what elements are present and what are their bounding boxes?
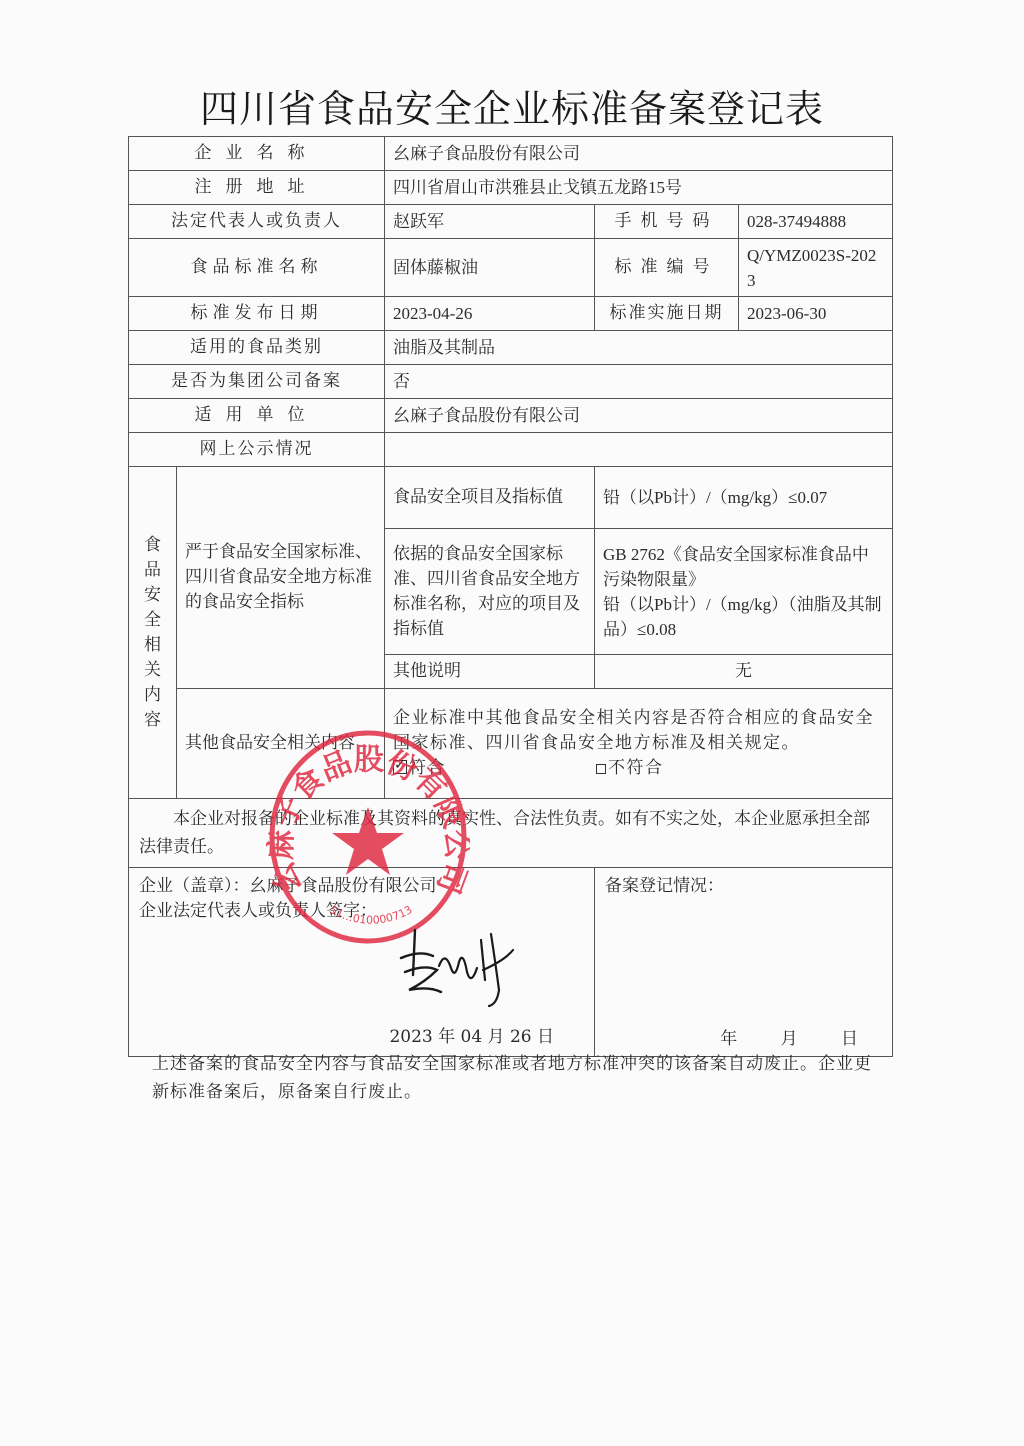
other-content-cell: 企业标准中其他食品安全相关内容是否符合相应的食品安全国家标准、四川省食品安全地方… — [385, 689, 893, 799]
declaration-text: 本企业对报备的企业标准及其资料的真实性、合法性负责。如有不实之处，本企业愿承担全… — [129, 799, 893, 868]
basis-standard-label: 依据的食品安全国家标准、四川省食品安全地方标准名称，对应的项目及指标值 — [385, 529, 595, 655]
option-conform-label: 符合 — [409, 758, 446, 778]
signer-label: 企业法定代表人或负责人签字： — [139, 899, 584, 924]
safety-item-label: 食品安全项目及指标值 — [385, 467, 595, 529]
row-other-content: 其他食品安全相关内容 企业标准中其他食品安全相关内容是否符合相应的食品安全国家标… — [129, 689, 893, 799]
online-disclosure-label: 网上公示情况 — [129, 433, 385, 467]
company-seal-label: 企业（盖章）：幺麻子食品股份有限公司 — [139, 874, 584, 899]
vertical-char: 内 — [129, 683, 176, 708]
standard-name-label: 食品标准名称 — [129, 239, 385, 297]
standard-name-value: 固体藤椒油 — [385, 239, 595, 297]
vertical-char: 关 — [129, 658, 176, 683]
basis-standard-value: GB 2762《食品安全国家标准食品中污染物限量》 铅（以Pb计）/（mg/kg… — [595, 529, 893, 655]
vertical-char: 容 — [129, 708, 176, 733]
publish-date-value: 2023-04-26 — [385, 297, 595, 331]
row-legal-rep: 法定代表人或负责人 赵跃军 手机号码 028-37494888 — [129, 205, 893, 239]
row-standard-name: 食品标准名称 固体藤椒油 标准编号 Q/YMZ0023S-2023 — [129, 239, 893, 297]
safety-item-value: 铅（以Pb计）/（mg/kg）≤0.07 — [595, 467, 893, 529]
declaration-paragraph: 本企业对报备的企业标准及其资料的真实性、合法性负责。如有不实之处，本企业愿承担全… — [139, 805, 882, 861]
row-group-filing: 是否为集团公司备案 否 — [129, 365, 893, 399]
publish-date-label: 标准发布日期 — [129, 297, 385, 331]
phone-label: 手机号码 — [595, 205, 739, 239]
checkbox-checked-icon[interactable] — [393, 760, 407, 774]
registration-cell: 备案登记情况： 年 月 日 — [595, 868, 893, 1057]
other-note-value: 无 — [595, 655, 893, 689]
company-name-label: 企业名称 — [129, 137, 385, 171]
other-note-label: 其他说明 — [385, 655, 595, 689]
vertical-char: 安 — [129, 583, 176, 608]
option-nonconform[interactable]: 不符合 — [596, 756, 664, 781]
address-value: 四川省眉山市洪雅县止戈镇五龙路15号 — [385, 171, 893, 205]
group-filing-value: 否 — [385, 365, 893, 399]
stricter-indicator-label: 严于食品安全国家标准、四川省食品安全地方标准的食品安全指标 — [177, 467, 385, 689]
row-declaration: 本企业对报备的企业标准及其资料的真实性、合法性负责。如有不实之处，本企业愿承担全… — [129, 799, 893, 868]
address-label: 注册地址 — [129, 171, 385, 205]
safety-section-side-label: 食品安全相关内容 — [129, 467, 177, 799]
food-category-label: 适用的食品类别 — [129, 331, 385, 365]
effective-date-label: 标准实施日期 — [595, 297, 739, 331]
basis-standard-line2: 铅（以Pb计）/（mg/kg）（油脂及其制品）≤0.08 — [603, 592, 884, 642]
vertical-char: 食 — [129, 533, 176, 558]
legal-rep-value: 赵跃军 — [385, 205, 595, 239]
registration-label: 备案登记情况： — [605, 874, 882, 899]
option-nonconform-label: 不符合 — [608, 758, 664, 778]
legal-rep-label: 法定代表人或负责人 — [129, 205, 385, 239]
standard-no-label: 标准编号 — [595, 239, 739, 297]
applicable-unit-label: 适用单位 — [129, 399, 385, 433]
row-address: 注册地址 四川省眉山市洪雅县止戈镇五龙路15号 — [129, 171, 893, 205]
row-online-disclosure: 网上公示情况 — [129, 433, 893, 467]
footer-note: 上述备案的食品安全内容与食品安全国家标准或者地方标准冲突的该备案自动废止。企业更… — [152, 1050, 872, 1106]
standard-no-value: Q/YMZ0023S-2023 — [739, 239, 893, 297]
row-safety-item: 食品安全相关内容 严于食品安全国家标准、四川省食品安全地方标准的食品安全指标 食… — [129, 467, 893, 529]
document-title: 四川省食品安全企业标准备案登记表 — [0, 78, 1024, 133]
row-applicable-unit: 适用单位 幺麻子食品股份有限公司 — [129, 399, 893, 433]
applicable-unit-value: 幺麻子食品股份有限公司 — [385, 399, 893, 433]
row-signature: 企业（盖章）：幺麻子食品股份有限公司 企业法定代表人或负责人签字： 2023 年… — [129, 868, 893, 1057]
safety-section-vertical-text: 食品安全相关内容 — [129, 533, 176, 733]
phone-value: 028-37494888 — [739, 205, 893, 239]
vertical-char: 全 — [129, 608, 176, 633]
company-signature-cell: 企业（盖章）：幺麻子食品股份有限公司 企业法定代表人或负责人签字： 2023 年… — [129, 868, 595, 1057]
row-dates: 标准发布日期 2023-04-26 标准实施日期 2023-06-30 — [129, 297, 893, 331]
checkbox-unchecked-icon[interactable] — [596, 764, 606, 774]
other-content-label: 其他食品安全相关内容 — [177, 689, 385, 799]
other-content-text: 企业标准中其他食品安全相关内容是否符合相应的食品安全国家标准、四川省食品安全地方… — [393, 706, 884, 756]
registration-date: 年 月 日 — [720, 1027, 862, 1052]
row-food-category: 适用的食品类别 油脂及其制品 — [129, 331, 893, 365]
row-company-name: 企业名称 幺麻子食品股份有限公司 — [129, 137, 893, 171]
company-name-value: 幺麻子食品股份有限公司 — [385, 137, 893, 171]
food-category-value: 油脂及其制品 — [385, 331, 893, 365]
effective-date-value: 2023-06-30 — [739, 297, 893, 331]
basis-standard-line1: GB 2762《食品安全国家标准食品中污染物限量》 — [603, 542, 884, 592]
conformity-options: 符合 不符合 — [393, 756, 884, 781]
vertical-char: 品 — [129, 558, 176, 583]
registration-form-table: 企业名称 幺麻子食品股份有限公司 注册地址 四川省眉山市洪雅县止戈镇五龙路15号… — [128, 136, 893, 1057]
online-disclosure-value — [385, 433, 893, 467]
option-conform[interactable]: 符合 — [393, 756, 446, 781]
vertical-char: 相 — [129, 633, 176, 658]
group-filing-label: 是否为集团公司备案 — [129, 365, 385, 399]
signature-date: 2023 年 04 月 26 日 — [389, 1025, 554, 1050]
